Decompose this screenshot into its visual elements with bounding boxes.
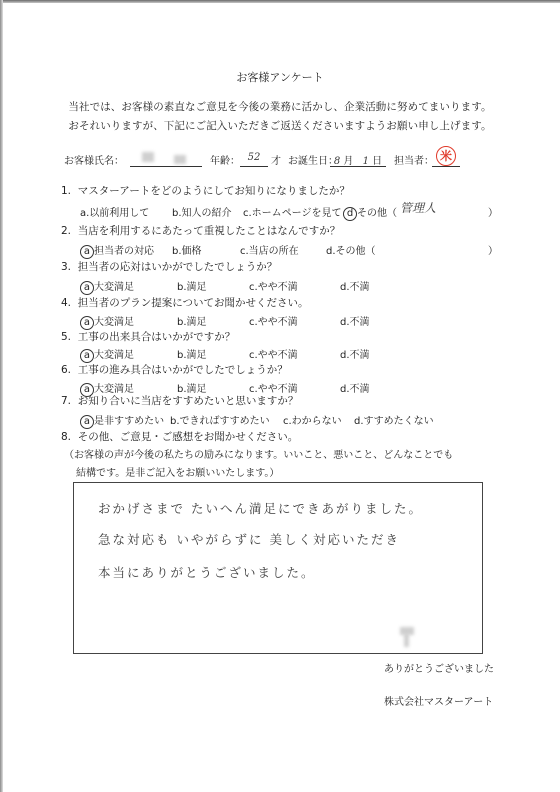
- question-2: 2. 当店を利用するにあたって重視したことはなんですか？: [61, 223, 340, 238]
- question-4: 4. 担当者のプラン提案についてお聞かせください。: [61, 295, 309, 310]
- customer-name-label: お客様氏名：: [64, 152, 124, 167]
- q8-note-line-1: （お客様の声が今後の私たちの励みになります。いいこと、悪いこと、どんなことでも: [64, 446, 453, 461]
- selected-circle-icon: a: [80, 245, 94, 259]
- birth-month: 8: [334, 156, 340, 167]
- birth-day: 1: [363, 156, 369, 167]
- q2-option-a[interactable]: a担当者の対応: [82, 242, 154, 259]
- selected-circle-icon: d: [343, 207, 357, 221]
- comment-box[interactable]: おかげさまで たいへん満足にできあがりました。 急な対応も いやがらずに 美しく…: [73, 482, 483, 654]
- comment-line-1: おかげさまで たいへん満足にできあがりました。: [98, 499, 423, 517]
- question-3: 3. 担当者の応対はいかがでしたでしょうか？: [61, 259, 277, 274]
- q7-option-a[interactable]: a是非すすめたい: [82, 412, 164, 429]
- intro-line-2: おそれいりますが、下記にご記入いただきご返送くださいますようお願い申し上げます。: [0, 118, 560, 133]
- staff-field: 米: [432, 146, 460, 167]
- q3-option-b[interactable]: b.満足: [177, 278, 207, 293]
- q5-option-d[interactable]: d.不満: [340, 346, 370, 361]
- q4-option-a[interactable]: a大変満足: [82, 313, 134, 330]
- q1-option-d[interactable]: dその他（: [345, 204, 397, 221]
- q2-option-d[interactable]: d.その他（: [326, 242, 376, 257]
- q2-close-paren: ）: [488, 242, 498, 257]
- q5-option-c[interactable]: c.やや不満: [249, 346, 298, 361]
- q4-option-d[interactable]: d.不満: [340, 313, 370, 328]
- q5-option-b[interactable]: b.満足: [177, 346, 207, 361]
- scan-edge-top: [0, 0, 560, 3]
- thanks-text: ありがとうございました: [384, 660, 494, 675]
- age-label: 年齢：: [210, 152, 240, 167]
- q5-option-a[interactable]: a大変満足: [82, 346, 134, 363]
- q7-option-c[interactable]: c.わからない: [283, 412, 342, 427]
- q8-note-line-2: 結構です。是非ご記入をお願いいたします。）: [76, 464, 279, 479]
- birthday-field: 8 月 1 日: [330, 152, 386, 167]
- question-1: 1. マスターアートをどのようにしてお知りになりましたか？: [61, 183, 350, 198]
- age-field: 52: [240, 152, 268, 167]
- selected-circle-icon: a: [80, 316, 94, 330]
- survey-title: お客様アンケート: [0, 69, 560, 85]
- question-6: 6. 工事の進み具合はいかがでしたでしょうか？: [61, 362, 288, 377]
- staff-label: 担当者：: [394, 152, 434, 167]
- q3-option-d[interactable]: d.不満: [340, 278, 370, 293]
- q1-option-a[interactable]: a.以前利用して: [80, 204, 149, 219]
- selected-circle-icon: a: [80, 349, 94, 363]
- customer-name-field: [130, 152, 202, 167]
- age-unit: 才: [271, 152, 281, 167]
- q3-option-c[interactable]: c.やや不満: [249, 278, 298, 293]
- intro-line-1: 当社では、お客様の素直なご意見を今後の業務に活かし、企業活動に努めてまいります。: [0, 99, 560, 114]
- selected-circle-icon: a: [80, 281, 94, 295]
- q2-option-c[interactable]: c.当店の所在: [240, 242, 299, 257]
- q1-option-c[interactable]: c.ホームページを見て: [243, 204, 341, 219]
- question-7: 7. お知り合いに当店をすすめたいと思いますか？: [61, 393, 298, 408]
- age-value: 52: [240, 152, 268, 167]
- q4-option-b[interactable]: b.満足: [177, 313, 207, 328]
- redacted-signature-2: [404, 633, 409, 647]
- selected-circle-icon: a: [80, 415, 94, 429]
- q1-option-b[interactable]: b.知人の紹介: [172, 204, 232, 219]
- q1-other-value: 管理人: [400, 199, 436, 216]
- comment-line-3: 本当にありがとうございました。: [98, 563, 316, 581]
- q4-option-c[interactable]: c.やや不満: [249, 313, 298, 328]
- q3-option-a[interactable]: a大変満足: [82, 278, 134, 295]
- q7-option-b[interactable]: b.できればすすめたい: [170, 412, 270, 427]
- company-name: 株式会社マスターアート: [384, 693, 493, 708]
- day-unit: 日: [372, 156, 382, 167]
- q6-option-d[interactable]: d.不満: [340, 380, 370, 395]
- q2-option-b[interactable]: b.価格: [172, 242, 202, 257]
- q7-option-d[interactable]: d.すすめたくない: [354, 412, 434, 427]
- comment-line-2: 急な対応も いやがらずに 美しく対応いただき: [98, 530, 400, 548]
- staff-stamp-icon: 米: [436, 146, 456, 166]
- q1-close-paren: ）: [488, 204, 498, 219]
- question-5: 5. 工事の出来具合はいかがですか？: [61, 329, 235, 344]
- question-8: 8. その他、ご意見・ご感想をお聞かせください。: [61, 429, 298, 444]
- month-unit: 月: [343, 156, 353, 167]
